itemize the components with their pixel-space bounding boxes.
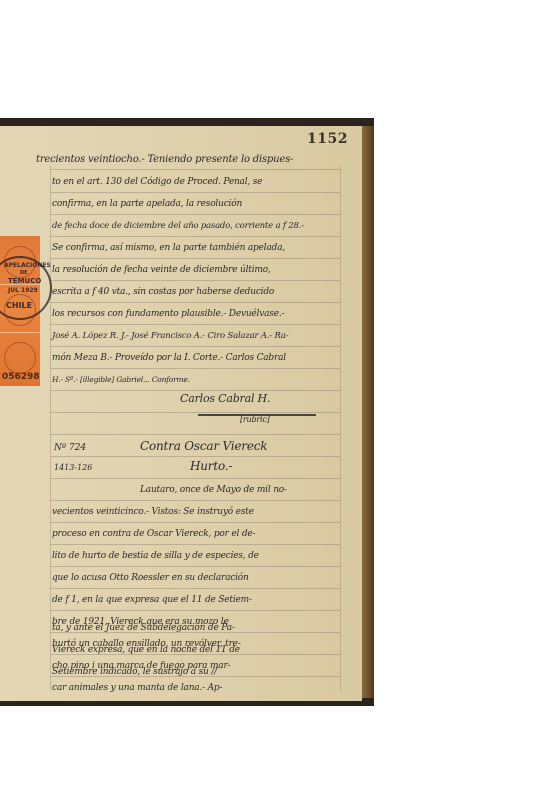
rule-line: [50, 610, 340, 611]
margin-rule: [340, 166, 341, 691]
rule-line: [50, 544, 340, 545]
rule-line: [50, 522, 340, 523]
folio-number: 1152: [307, 131, 348, 147]
case-range: 1413-126: [54, 463, 92, 472]
rule-line: [50, 478, 340, 479]
postmark-date: JUL 1929: [8, 287, 38, 294]
text-line: H.- Sº.- [illegible] Gabriel... Conforme…: [52, 375, 190, 384]
text-line: trecientos veintiocho.- Teniendo present…: [36, 154, 293, 165]
stamp-perforation: [0, 332, 40, 333]
document-photo: 1152 trecientos veintiocho.- Teniendo pr…: [0, 118, 374, 706]
postmark-text: TEMUCO: [8, 277, 41, 285]
text-line: de f 1, en la que expresa que el 11 de S…: [52, 595, 252, 605]
text-line: Lautaro, once de Mayo de mil no-: [140, 485, 287, 495]
text-line: José A. López R. J.- José Francisco A.- …: [52, 331, 288, 341]
rubric: [rubric]: [240, 415, 270, 424]
text-line: món Meza B.- Proveído por la I. Corte.- …: [52, 353, 286, 363]
ledger-page: 1152 trecientos veintiocho.- Teniendo pr…: [0, 126, 362, 701]
rule-line: [50, 214, 340, 215]
postmark-country: CHILE: [6, 301, 32, 310]
postmark-text: APELACIONES: [4, 262, 51, 269]
text-line: Viereck expresa, que en la noche del 11 …: [52, 645, 240, 655]
rule-line: [50, 500, 340, 501]
text-line: proceso en contra de Oscar Viereck, por …: [52, 529, 255, 539]
rule-line: [50, 324, 340, 325]
rule-line: [50, 169, 340, 170]
text-line: de fecha doce de diciembre del año pasad…: [52, 221, 304, 231]
text-line: escrita a f 40 vta., sin costas por habe…: [52, 287, 274, 297]
stamp-serial-number: 056298: [2, 372, 42, 382]
text-line: Setiembre indicado, le sustrajo a su //: [52, 667, 217, 677]
text-line: vecientos veinticinco.- Vistos: Se instr…: [52, 507, 254, 517]
case-title: Contra Oscar Viereck: [140, 439, 267, 453]
rule-line: [50, 346, 340, 347]
rule-line: [50, 368, 340, 369]
text-line: los recursos con fundamento plausible.- …: [52, 309, 284, 319]
rule-line: [50, 566, 340, 567]
rule-line: [50, 192, 340, 193]
text-line: Se confirma, así mismo, en la parte tamb…: [52, 243, 285, 253]
rule-line: [50, 302, 340, 303]
rule-line: [50, 258, 340, 259]
case-number: Nº 724: [54, 443, 86, 453]
postmark-text: DE: [20, 270, 28, 276]
book-spine: [362, 126, 374, 698]
rule-line: [50, 236, 340, 237]
case-subtitle: Hurto.-: [190, 459, 232, 473]
rule-line: [50, 280, 340, 281]
rule-line: [50, 390, 340, 391]
text-line: lito de hurto de bestia de silla y de es…: [52, 551, 259, 561]
rule-line: [50, 434, 340, 435]
rule-line: [50, 456, 340, 457]
text-line: car animales y una manta de lana.- Ap-: [52, 683, 222, 693]
text-line: to en el art. 130 del Código de Proced. …: [52, 177, 262, 187]
rule-line: [50, 412, 340, 413]
text-line: la resolución de fecha veinte de diciemb…: [52, 265, 271, 275]
revenue-stamp: APELACIONES DE TEMUCO JUL 1929 CHILE: [0, 236, 40, 386]
text-line: confirma, en la parte apelada, la resolu…: [52, 199, 242, 209]
margin-rule: [50, 166, 51, 691]
signature: Carlos Cabral H.: [180, 392, 270, 405]
text-line: que lo acusa Otto Roessler en su declara…: [52, 573, 249, 583]
rule-line: [50, 588, 340, 589]
stamp-emblem-icon: [4, 342, 36, 374]
text-line: ta, y ante el Juez de Subdelegación de P…: [52, 623, 235, 633]
